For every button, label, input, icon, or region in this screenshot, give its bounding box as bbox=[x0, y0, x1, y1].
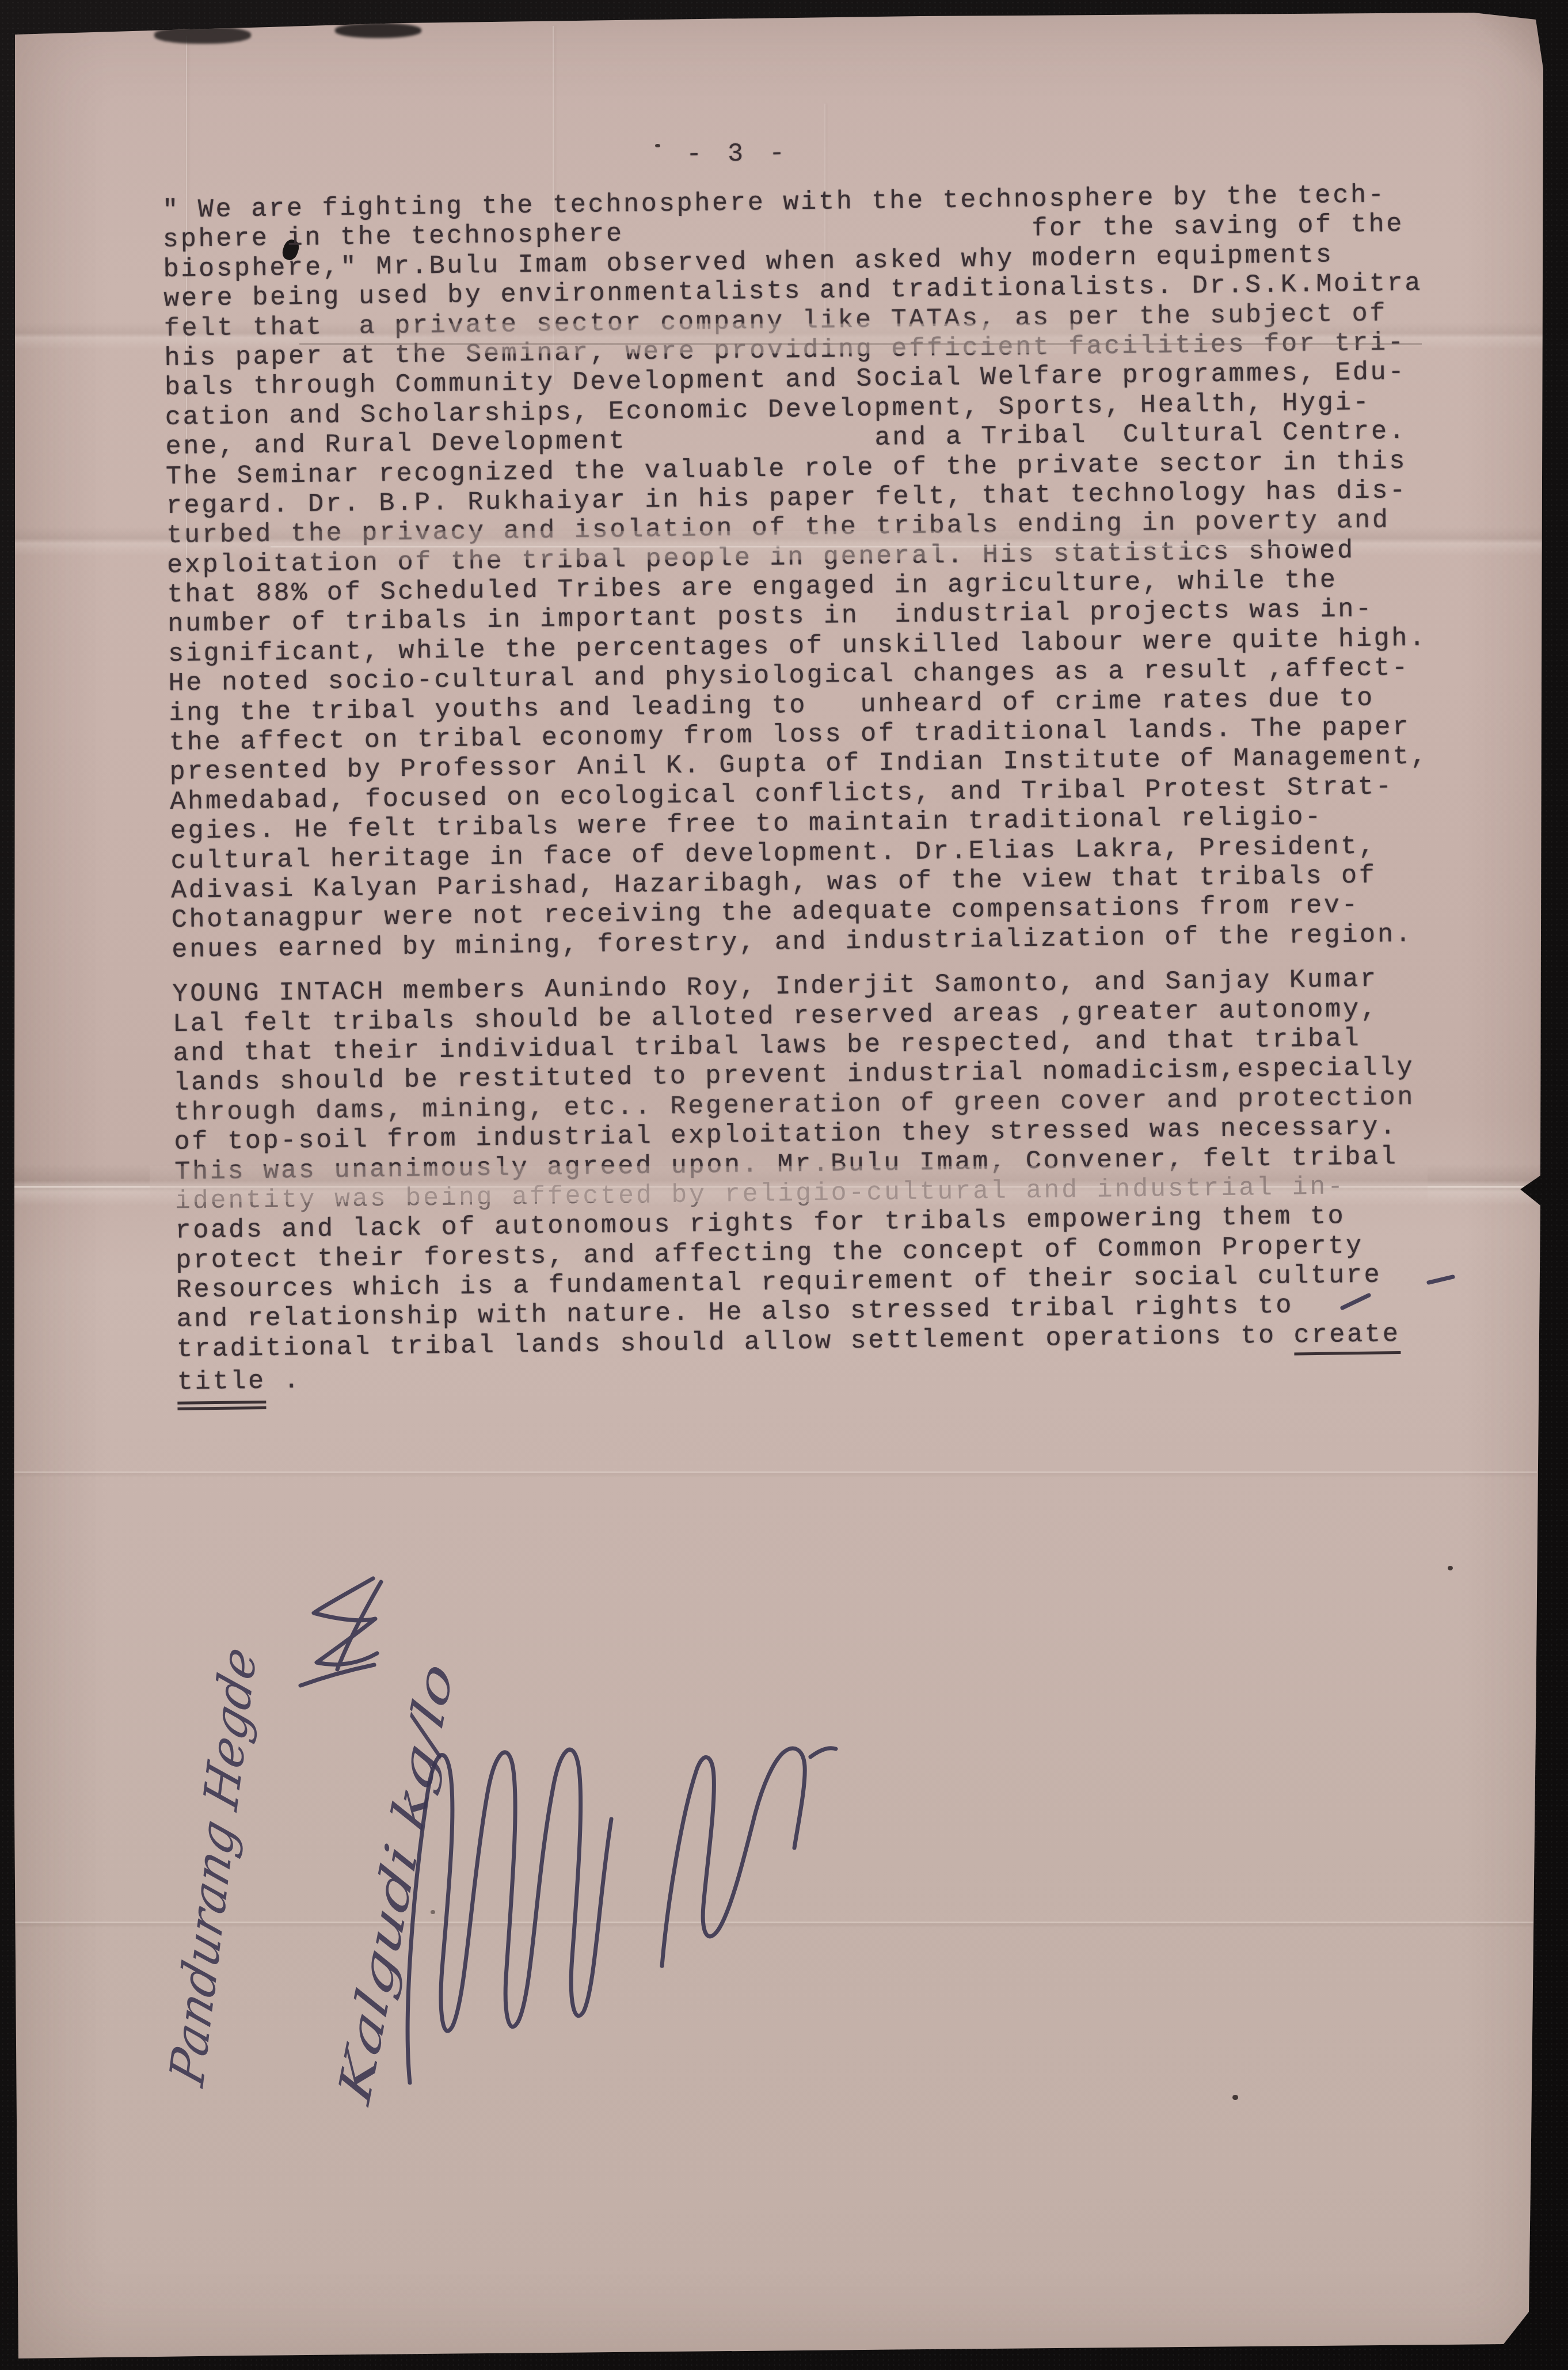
signature-pandurang-hegde: Pandurang Hegde bbox=[159, 1639, 267, 2094]
paper-sheet: - 3 - " We are fighting the technosphere… bbox=[0, 0, 1568, 2370]
signatures-layer: Pandurang Hegde Kalgudi kg/lo bbox=[0, 0, 1568, 2370]
signature-flourish-right bbox=[662, 1748, 836, 1966]
pen-dash-right-margin bbox=[1429, 1277, 1453, 1283]
pen-tick-above-create bbox=[1342, 1295, 1369, 1308]
signature-kalgudi: Kalgudi kg/lo bbox=[329, 1653, 463, 2113]
signature-monogram-flourish bbox=[300, 1578, 381, 1686]
